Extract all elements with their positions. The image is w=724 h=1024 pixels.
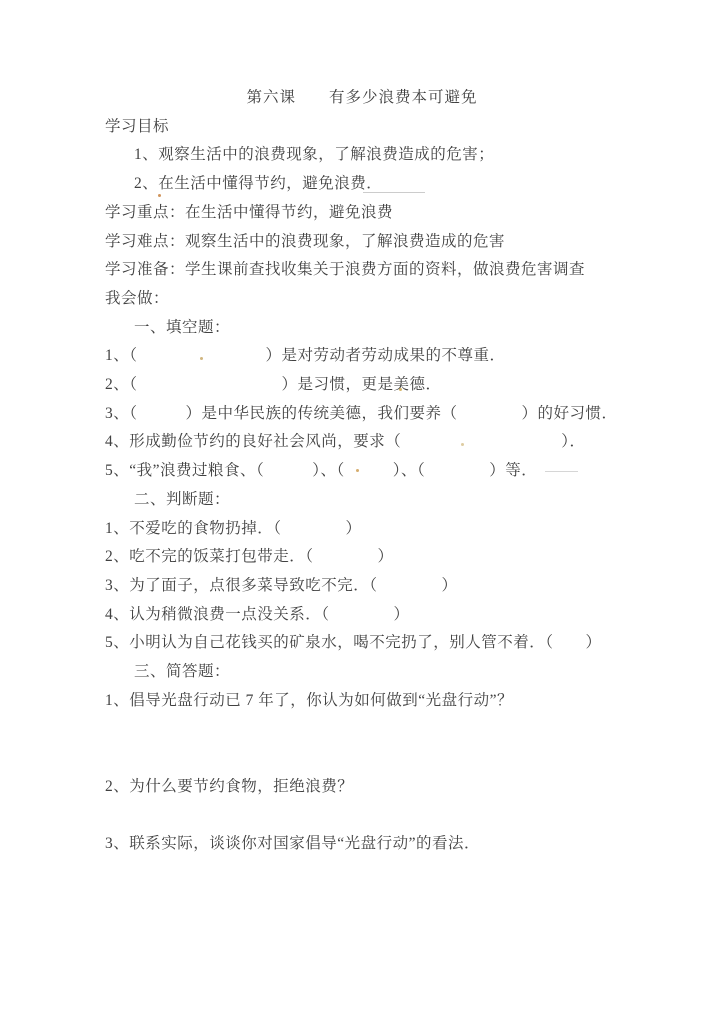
judgment-item-2: 2、吃不完的饭菜打包带走．（ ） [105, 543, 724, 572]
scan-artifact-dot [461, 443, 464, 446]
short-answer-item-1: 1、倡导光盘行动已 7 年了，你认为如何做到“光盘行动”？ [105, 687, 724, 716]
scan-artifact-dot [200, 357, 203, 360]
worksheet-page: 第六课 有多少浪费本可避免 学习目标 1、观察生活中的浪费现象，了解浪费造成的危… [0, 0, 724, 1024]
goal-item-1: 1、观察生活中的浪费现象，了解浪费造成的危害； [134, 141, 724, 170]
key-point-line: 学习重点：在生活中懂得节约，避免浪费 [105, 199, 724, 228]
fill-blank-item-2: 2、（ ）是习惯，更是美德． [105, 371, 724, 400]
answer-space [0, 802, 724, 831]
lesson-title: 第六课 有多少浪费本可避免 [0, 84, 724, 113]
scan-artifact-dot [389, 702, 391, 704]
preparation-line: 学习准备：学生课前查找收集关于浪费方面的资料，做浪费危害调查 [105, 256, 724, 285]
scan-artifact-underline [363, 192, 425, 193]
judgment-item-5: 5、小明认为自己花钱买的矿泉水，喝不完扔了，别人管不着．（ ） [105, 629, 724, 658]
section-heading-fill-blanks: 一、填空题： [134, 314, 724, 343]
scan-artifact-underline [545, 471, 578, 472]
judgment-item-1: 1、不爱吃的食物扔掉．（ ） [105, 515, 724, 544]
section-heading-judgment: 二、判断题： [134, 486, 724, 515]
scan-artifact-dot [199, 647, 201, 649]
i-will-do-line: 我会做： [105, 285, 724, 314]
goal-item-2: 2、在生活中懂得节约，避免浪费． [134, 170, 724, 199]
worksheet-content: 第六课 有多少浪费本可避免 学习目标 1、观察生活中的浪费现象，了解浪费造成的危… [0, 0, 724, 859]
short-answer-item-3: 3、联系实际，谈谈你对国家倡导“光盘行动”的看法． [105, 830, 724, 859]
fill-blank-item-4: 4、形成勤俭节约的良好社会风尚，要求（ ）． [105, 428, 724, 457]
scan-artifact-dot [356, 469, 359, 472]
scan-artifact-dot [399, 388, 402, 391]
fill-blank-item-1: 1、（ ）是对劳动者劳动成果的不尊重． [105, 342, 724, 371]
scan-artifact-dot [158, 194, 161, 197]
fill-blank-item-5: 5、“我”浪费过粮食、（ ）、（ ）、（ ）等． [105, 457, 724, 486]
answer-space [0, 715, 724, 772]
judgment-item-4: 4、认为稍微浪费一点没关系．（ ） [105, 601, 724, 630]
goals-heading: 学习目标 [105, 113, 724, 142]
judgment-item-3: 3、为了面子，点很多菜导致吃不完．（ ） [105, 572, 724, 601]
difficult-point-line: 学习难点：观察生活中的浪费现象，了解浪费造成的危害 [105, 228, 724, 257]
section-heading-short-answer: 三、简答题： [134, 658, 724, 687]
short-answer-item-2: 2、为什么要节约食物，拒绝浪费？ [105, 773, 724, 802]
fill-blank-item-3: 3、（ ）是中华民族的传统美德，我们要养（ ）的好习惯． [105, 400, 724, 429]
